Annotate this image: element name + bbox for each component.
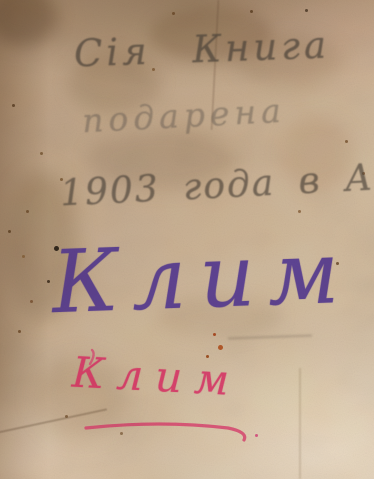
paper-stain: [150, 6, 272, 62]
paper-crease: [211, 0, 220, 130]
inscription-gifted-line: подарена: [81, 91, 287, 141]
paper-blotch-texture: [0, 0, 374, 479]
inscription-date-line: 1903 года в Авгу: [59, 154, 374, 215]
paper-stain: [68, 52, 160, 114]
paper-stain: [88, 128, 238, 190]
paper-stain: [238, 36, 342, 88]
paper-scratch: [0, 408, 107, 433]
paper-crease: [299, 368, 301, 479]
inscription-name-pink: Клим: [71, 348, 242, 406]
old-paper-photo: Сія Книга подарена 1903 года в Авгу Клим…: [0, 0, 374, 479]
paper-stain: [6, 170, 78, 320]
paper-grain-texture: [0, 0, 374, 479]
paper-stain: [34, 356, 128, 440]
pencil-smudge: [228, 335, 312, 340]
paper-specks: [0, 0, 3, 3]
pink-underline-flourish: [0, 0, 374, 479]
paper-stain: [158, 296, 282, 338]
paper-stain: [0, 0, 58, 46]
inscription-name-purple: Клим: [50, 223, 353, 333]
paper-stain: [282, 118, 354, 190]
inscription-title-line: Сія Книга: [73, 24, 330, 76]
